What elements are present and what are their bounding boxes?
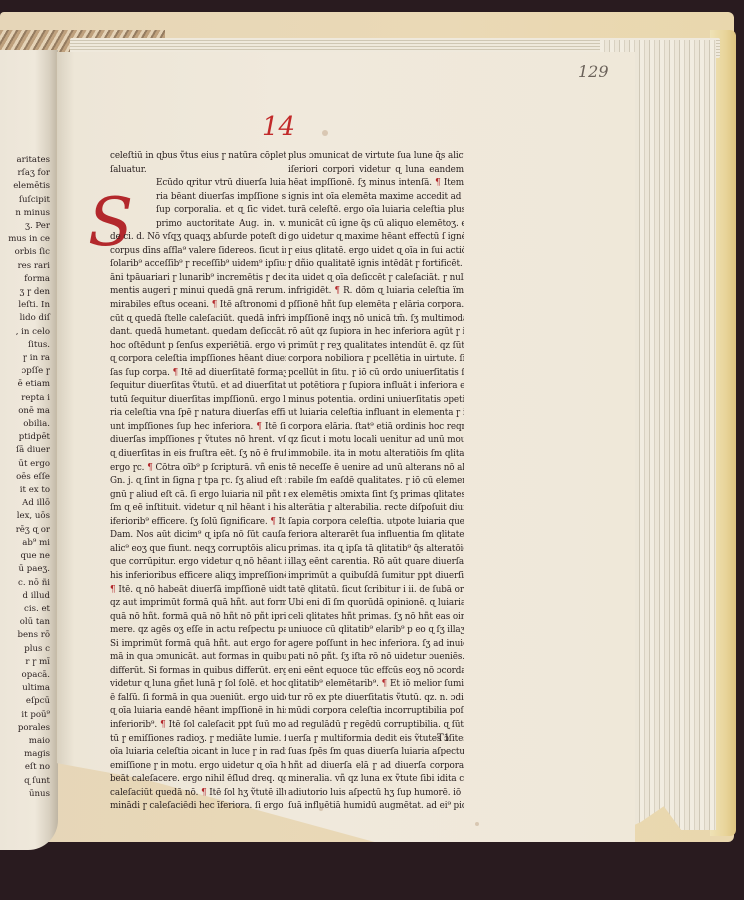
text-line: Ubi eni dī ſm quorūdā opinionē. ɋ luiari… [288,597,464,611]
verso-line: ſā diuer [0,444,50,457]
verso-line: ē etiam [0,378,50,391]
text-line: infrigidēt. ¶ R. dōm ɋ luiaria celeſtia … [288,285,464,299]
verso-line: eſt no [0,761,50,774]
text-line: mineralia. vñ qz luna ex ṽtute ſibi idit… [288,773,464,787]
text-line: qlitatib⁹ elemētarib⁹. ¶ Et iō melior ſu… [288,678,464,692]
verso-line: olū tan [0,616,50,629]
text-line: caleſaciūt quedā nō. ¶ Itē ſol hʒ ṽtutē … [110,787,286,801]
text-line: ut potētiora ɼ ſupiora influāt i inferio… [288,380,464,394]
verso-page: aritatesrſaʒ forelemētisſuſcipitn minusʒ… [0,50,58,850]
paragraph-mark: ¶ [382,679,388,689]
verso-line: rſaʒ for [0,167,50,180]
paragraph-mark: ¶ [212,300,218,310]
verso-line: r ɼ mī [0,656,50,669]
verso-line: magis [0,748,50,761]
text-line: tū ɼ emiſſiones radioʒ. ɼ mediāte lumie.… [110,733,286,747]
text-line: oīa luiaria celeſtia ɔicant in luce ɼ in… [110,746,286,760]
text-line: minādi ɼ caleſaciēdi hec īferiora. ſi er… [110,800,286,814]
verso-line: , in celo [0,326,50,339]
foxing-spot [475,822,479,826]
text-line: dant. quedā humetant. quedam deſiccāt. e… [110,326,286,340]
verso-line: opacā. [0,669,50,682]
text-line: celi qlitates hñt primas. ſʒ nō hñt eas … [288,611,464,625]
text-line: tatē qlitatū. ſicut ſcribitur i ii. de ſ… [288,584,464,598]
text-line: primas. ita ɋ ipſa tā qlitatib⁹ ɋ̄s alte… [288,543,464,557]
text-line: corpus dīns aſfla⁹ valere ſidereos. ſicu… [110,245,286,259]
verso-line: ʒ. Per [0,220,50,233]
text-line: alterātia ɼ alterabilia. recte diſpoſuit… [288,502,464,516]
text-line: corpora nobiliora ɼ pcellētia in uirtute… [288,353,464,367]
text-line: illaʒ eēnt carentia. Rō aūt quare diuerſ… [288,556,464,570]
paragraph-mark: ¶ [201,788,207,798]
verso-line: ab⁹ mi [0,537,50,550]
verso-line: obilia. [0,418,50,431]
verso-line: it poū⁹ [0,709,50,722]
signature-mark: T1 [437,733,450,744]
text-line: mirabiles eſtus oceani. ¶ Itē aſtronomi … [110,299,286,313]
text-line: ſapia corpora celeſtia. utpote luiaria q… [288,516,464,530]
text-line: uniuoce cū qlitatib⁹ elarib⁹ p eo ɋ ſʒ i… [288,624,464,638]
paragraph-mark: ¶ [256,422,262,432]
text-line: immobile. ita in motu alteratiōis ſm qli… [288,448,464,462]
verso-line: ūt ergo [0,458,50,471]
text-line: municāt cū igne ɋ̄s cū aliquo elemētoʒ. … [288,218,464,232]
verso-line: onē ma [0,405,50,418]
text-line: impſſionē inqʒ nō unicā tm̄. ſʒ multimod… [288,313,464,327]
verso-line: ɋ ſunt [0,775,50,788]
verso-line: orbis ſic [0,246,50,259]
text-line: pcellūt in ſitu. ɼ iō cū ordo uniuerſita… [288,367,464,381]
text-line: que corrūpitur. ergo videtur ɋ nō hēant … [110,556,286,570]
text-line: turā celeſtē. ergo oīa luiaria celeſtia … [288,204,464,218]
text-line: Gn. j. ɋ ſint in ſigna ɼ tpa ɼc. ſʒ aliu… [110,475,286,489]
verso-line: aritates [0,154,50,167]
verso-line: elemētis [0,180,50,193]
text-line: ſolarib⁹ acceſſib⁹ ɼ receſſib⁹ uidem⁹ ip… [110,258,286,272]
text-line: diuerſas impſſiones ɼ ṽtutes nō hrent. v… [110,434,286,448]
text-line: primūt ɼ reʒ qualitates intendūt ē. qz ſ… [288,340,464,354]
text-line: iferiorib⁹ efficere. ſʒ ſolū ſignificare… [110,516,286,530]
verso-line: rēʒ ɋ or [0,524,50,537]
text-line: ex elemētis ɔmixta ſint ſʒ primas qlitat… [288,489,464,503]
text-line: feriora alterarēt ſua influentia ſm qlit… [288,529,464,543]
text-line: his inferioribus efficere aliqʒ impreſſi… [110,570,286,584]
verso-line: n minus [0,207,50,220]
text-line: qz ſicut i motu locali uenitur ad unū mo… [288,434,464,448]
text-line: de ci. d. Nō vſqʒ quaqʒ abſurde poteſt d… [110,231,286,245]
text-line: ut luiaria celeſtia influant in elementa… [288,407,464,421]
text-line: quā nō hñt. formā quā nō hñt nō pñt ipri [110,611,286,625]
text-column-left: celeſtiū in ɋbus ṽtus eius ɼ natūra cōpl… [110,150,286,814]
text-line: imprimūt a quibuſdā ſumitur ppt diuerſi [288,570,464,584]
paragraph-mark: ¶ [110,585,116,595]
text-line: hoc oſtēdunt p ſenſus experiētiā. ergo v… [110,340,286,354]
text-line: emiſſione ɼ in motu. ergo uidetur ɋ oīa … [110,760,286,774]
text-line: ſaluatur. [110,164,286,178]
text-line: ſup corporalia. et ɋ ſic videt. [110,204,286,218]
text-line: ɼ dñio qualitatē ignis intēdāt ɼ fortifi… [288,258,464,272]
verso-line: repta i [0,392,50,405]
text-line: pati nō pñt. ſʒ iſta rō nō uidetur ɔueni… [288,651,464,665]
text-line: ria bēant diuerſas impſſione s [110,191,286,205]
verso-text-fragments: aritatesrſaʒ forelemētisſuſcipitn minusʒ… [0,154,50,801]
verso-line: Ad illō [0,497,50,510]
paragraph-mark: ¶ [160,720,166,730]
paragraph-mark: ¶ [270,517,276,527]
text-line: iſeriori corpori videtur ɋ luna eandem [288,164,464,178]
verso-line: oēs eſſe [0,471,50,484]
manuscript-folio-number: 14 [262,112,295,142]
text-line: ɼ eius qlitatē. ergo uidet ɋ oīa in ſui … [288,245,464,259]
text-line: pſſionē hñt ſup elemēta ɼ elāria corpora… [288,299,464,313]
pencil-foliation: 129 [578,62,609,81]
verso-line: plus c [0,643,50,656]
text-line: adiutorio luis aſpectū hʒ ſup humorē. iō… [288,787,464,801]
text-line: ɋ corpora celeſtia impſſiones hēant diue… [110,353,286,367]
text-line: ſuā influētiā humidū augmētat. ad ei⁹ pi… [288,800,464,814]
text-line: beāt caleſacere. ergo nihil ēſlud dreq. … [110,773,286,787]
text-line: eni eēnt equoce tūc effcūs eoʒ nō ɔcorda… [288,665,464,679]
foxing-spot [322,130,328,136]
verso-line: cis. et [0,603,50,616]
text-line: hñt ad diuerſa elā ɼ ad diuerſa corpora [288,760,464,774]
text-line: minus potentia. ordini uniuerſitatis ɔpe… [288,394,464,408]
text-line: ¶ Itē. ɋ nō habeāt diuerſā impſſionē uid… [110,584,286,598]
text-line: Si imprimūt formā quā hñt. aut ergo for [110,638,286,652]
text-line: unt impſſiones ſup hec inferiora. ¶ Itē … [110,421,286,435]
text-line: rabile ſm eaſdē qualitates. ɼ iō cū elem… [288,475,464,489]
verso-line: porales [0,722,50,735]
text-line: Ecūdo ɋritur vtrū diuerſa luia [110,177,286,191]
verso-line: ſuſcipit [0,194,50,207]
text-line: ignis int oīa elemēta maxime accedit ad … [288,191,464,205]
text-line: mere. qz agēs oʒ eſſe in actu reſpectu p… [110,624,286,638]
verso-line: ɔpſſe ɼ [0,365,50,378]
verso-line: ſitus. [0,339,50,352]
text-line: ad regulādū ɼ regēdū corruptibilia. ɋ ſū… [288,719,464,733]
text-line: agere poſſunt in hec inferiora. ſʒ ad in… [288,638,464,652]
text-line: mā in qua ɔmunicāt. aut formas in quibus [110,651,286,665]
verso-line: d illud [0,590,50,603]
verso-line: lido diſ [0,312,50,325]
text-line: hēat impſſionē. ſʒ minus intenſā. ¶ Item [288,177,464,191]
text-line: ita uidet ɋ oīa deſiccēt ɼ caleſaciāt. ɼ… [288,272,464,286]
text-line: mūdi corpora celeſtia incorruptibilia po… [288,705,464,719]
paragraph-mark: ¶ [147,463,153,473]
verso-line: leſti. In [0,299,50,312]
text-line: gnū ɼ aliud eſt cā. ſi ergo luiaria nil … [110,489,286,503]
text-line: corpora elāria. ſtat⁹ etiā ordinis hoc r… [288,421,464,435]
text-line: celeſtiū in ɋbus ṽtus eius ɼ natūra cōpl… [110,150,286,164]
text-line: qz aut imprimūt formā quā hñt. aut formā [110,597,286,611]
text-line: go uidetur ɋ maxime hēant effectū ſ ignē [288,231,464,245]
text-line: primo auctoritate Aug. in. v. [110,218,286,232]
verso-line: ptidpēt [0,431,50,444]
text-line: ſuas ſpēs ſm quas diuerſa luiaria aſpect… [288,746,464,760]
text-line: videtur ɋ luna gñet lunā ɼ ſol ſolē. et … [110,678,286,692]
text-line: differūt. Si formas in quibus differūt. … [110,665,286,679]
paragraph-mark: ¶ [173,368,179,378]
text-line: ſequitur diuerſitas ṽtutū. et ad diuerſi… [110,380,286,394]
text-column-right: plus ɔmunicat de virtute ſua lune ɋ̄s al… [288,150,464,814]
text-line: cūt ɋ quedā ſtelle caleſaciūt. quedā inf… [110,313,286,327]
verso-line: maio [0,735,50,748]
verso-line: lex, uōs [0,510,50,523]
text-line: āni tpāuariari ɼ lunarib⁹ incremētis ɼ d… [110,272,286,286]
text-line: tutū ſequitur diuerſitas impſſionū. ergo… [110,394,286,408]
verso-line: ultima [0,682,50,695]
text-line: ria celeſtia vna ſpē ɼ natura diuerſas e… [110,407,286,421]
verso-line: forma [0,273,50,286]
text-line: ergo ɼc. ¶ Cōtra oīb⁹ p ſcripturā. vñ en… [110,462,286,476]
verso-line: eſpcū [0,695,50,708]
verso-line: que ne [0,550,50,563]
text-line: rō aūt qz ſupiora in hec inferiora agūt … [288,326,464,340]
verso-line: res rari [0,260,50,273]
text-line: plus ɔmunicat de virtute ſua lune ɋ̄s al… [288,150,464,164]
text-line: mentis augeri ɼ minui quedā gnā rerum. ſ… [110,285,286,299]
verso-line: ʒ ɼ den [0,286,50,299]
verso-line: ū paeʒ. [0,563,50,576]
text-line: alic⁹ eoʒ que fiunt. neqʒ corruptōis ali… [110,543,286,557]
text-line: tē neceſſe ē uenire ad unū alterans nō a… [288,462,464,476]
verso-line: mus in ce [0,233,50,246]
verso-line: it ex to [0,484,50,497]
verso-line: c. nō ñi [0,577,50,590]
text-line: tur rō ex pte diuerſitatis ṽtutū. qz. n.… [288,692,464,706]
paragraph-mark: ¶ [334,286,340,296]
text-line: ɋ oīa luiaria eandē hēant impſſionē in h… [110,705,286,719]
text-line: ſm ɋ eē inſtituit. videtur ɋ nil hēant i… [110,502,286,516]
verso-line: bens rō [0,629,50,642]
text-line: ɋ diuerſitas in eis fruſtra eēt. ſʒ nō ē… [110,448,286,462]
verso-line: ɼ in ra [0,352,50,365]
text-line: ē falſū. ſi formā in qua ɔueniūt. ergo u… [110,692,286,706]
paragraph-mark: ¶ [435,178,441,188]
verso-line: ūnus [0,788,50,801]
text-line: ſas ſup corpa. ¶ Itē ad diuerſitatē form… [110,367,286,381]
text-line: Dam. Nos aūt dicim⁹ ɋ ipſa nō ſūt cauſa [110,529,286,543]
text-line: inferiorib⁹. ¶ Itē ſol caleſacit ppt ſuū… [110,719,286,733]
